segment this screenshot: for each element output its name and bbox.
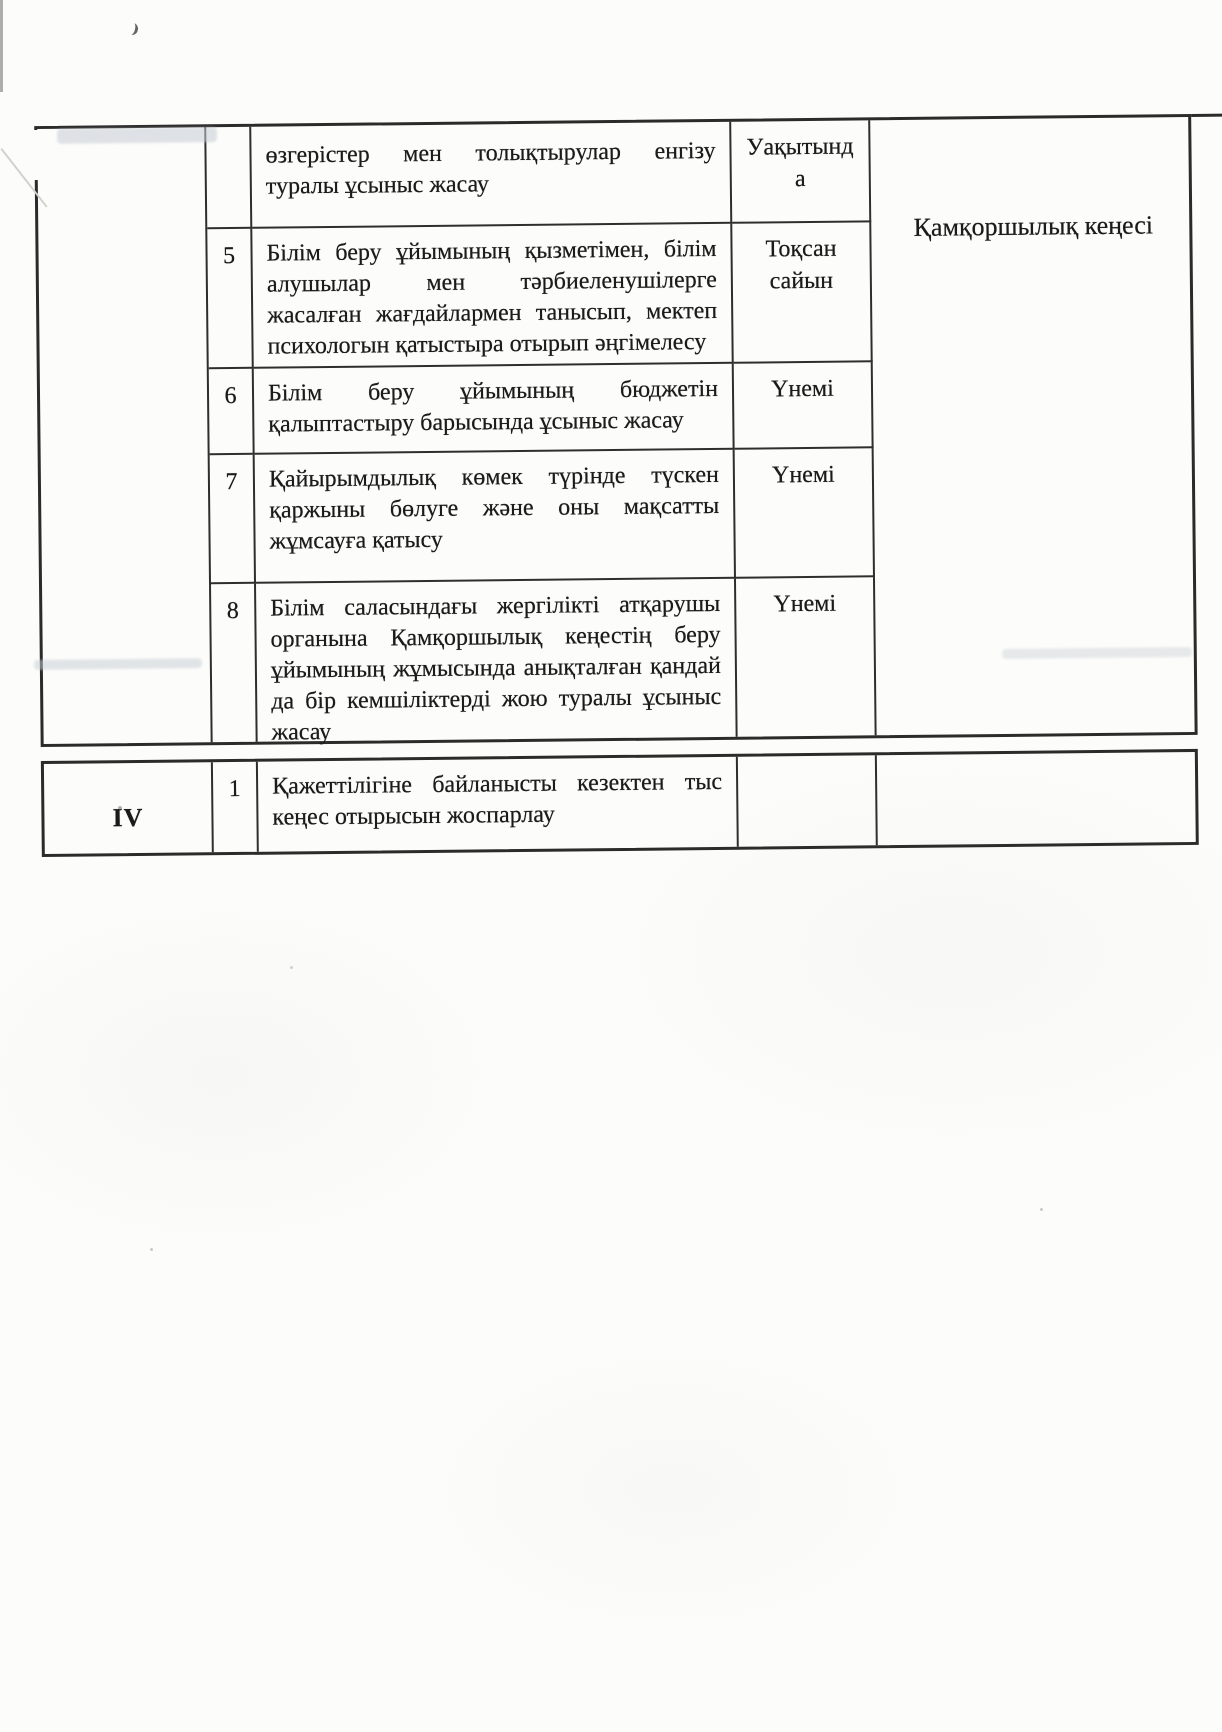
activity-cell: Қайырымдылық көмек түрінде түскен қаржын… [255,450,736,584]
scan-speck [118,806,122,810]
scan-ink-speck [126,22,140,36]
frequency-line: Үнемі [736,587,873,620]
activity-line: жұмсауға қатысу [269,522,719,558]
row-number-cell: 8 [211,584,258,742]
activity-cell: өзгерістер мен толықтырулар енгізу турал… [251,122,732,229]
activity-line: алушылар мен тәрбиеленушілерге [267,265,717,301]
frequency-line: Үнемі [735,458,872,491]
frequency-line: Уақытынд [731,130,868,163]
activity-line: Білім беру ұйымының бюджетін [268,374,718,410]
activity-line: туралы ұсыныс жасау [266,167,716,203]
activity-line: органына Қамқоршылық кеңестің беру [270,620,720,656]
activity-line: психологын қатыстыра отырып әңгімелесу [267,327,717,363]
frequency-line: сайын [733,264,870,297]
activity-line: Қайырымдылық көмек түрінде түскен [269,460,719,496]
scan-faded-border-patch [30,130,43,180]
scan-smudge [1002,647,1192,659]
activity-line: ұйымының жұмысында анықталған қандай [271,651,721,687]
frequency-cell: Үнемі [736,577,877,736]
activity-line: қалыптастыру барысында ұсыныс жасау [268,405,718,441]
section-cell-empty [37,127,212,744]
frequency-line: а [732,162,869,195]
frequency-line: Үнемі [734,372,871,405]
frequency-cell: Үнемі [735,448,875,578]
row-number-cell: 1 [213,762,259,852]
row-number-cell: 5 [207,229,253,369]
section-cell: IV [44,762,214,854]
activity-line: жасау [271,713,721,749]
row-number-cell: 6 [209,369,255,455]
activity-line: Білім саласындағы жергілікті атқарушы [270,589,720,625]
scan-edge-mark [0,0,3,92]
scanned-page: өзгерістер мен толықтырулар енгізу турал… [0,0,1222,1732]
activity-line: өзгерістер мен толықтырулар енгізу [265,136,715,172]
plan-table-section-iv: IV 1 Қажеттілігіне байланысты кезектен т… [41,749,1199,857]
frequency-cell-empty [738,755,878,846]
activity-cell: Білім беру ұйымының қызметімен, білім ал… [252,224,733,369]
frequency-line: Тоқсан [732,232,869,265]
scan-speck [150,1248,153,1251]
activity-cell: Қажеттілігіне байланысты кезектен тыс ке… [258,757,739,852]
scan-smudge [57,127,217,144]
activity-line: кеңес отырысын жоспарлау [272,798,722,834]
activity-line: жасалған жағдайлармен танысып, мектеп [267,296,717,332]
activity-line: да бір кемшіліктерді жою туралы ұсыныс [271,682,721,718]
plan-table-zone: өзгерістер мен толықтырулар енгізу турал… [34,114,1199,857]
scan-speck [1040,1208,1043,1211]
scan-faded-border-patch [36,112,58,126]
responsible-cell: Қамқоршылық кеңесі [870,117,1200,735]
scan-speck [290,966,293,969]
frequency-cell: Үнемі [734,362,874,449]
activity-cell: Білім беру ұйымының бюджетін қалыптастыр… [254,364,735,455]
responsible-cell-empty [877,752,1202,845]
frequency-cell: Уақытынд а [731,120,871,223]
activity-line: қаржыны бөлуге және оны мақсатты [269,491,719,527]
activity-line: Қажеттілігіне байланысты кезектен тыс [272,767,722,803]
activity-line: Білім беру ұйымының қызметімен, білім [266,234,716,270]
frequency-cell: Тоқсан сайын [732,222,872,363]
activity-cell: Білім саласындағы жергілікті атқарушы ор… [256,579,738,742]
scan-line-overshoot [1191,114,1222,117]
scan-smudge [34,658,202,670]
row-number-cell: 7 [210,455,256,584]
